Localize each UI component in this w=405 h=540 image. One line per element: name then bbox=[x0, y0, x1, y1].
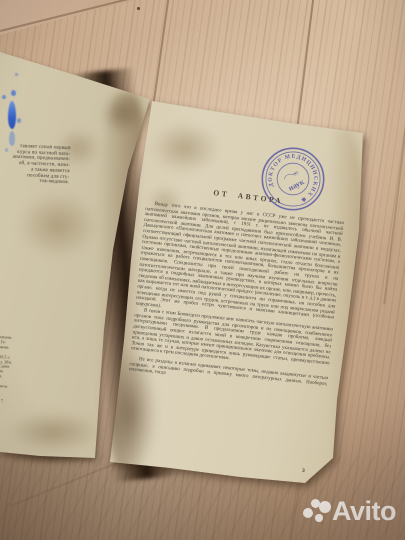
avito-watermark-label: Avito bbox=[332, 496, 396, 527]
avito-logo-circle bbox=[319, 501, 331, 513]
avito-logo-circle bbox=[303, 508, 313, 518]
page-number: 3 bbox=[302, 468, 305, 474]
stamp-center-mark: Ю bbox=[293, 170, 300, 177]
stamp-center-word: наук bbox=[287, 177, 306, 193]
right-page-wrap: ОТ АВТОРА Ввиду того что в последнее вре… bbox=[0, 0, 405, 540]
page-stain bbox=[150, 122, 220, 174]
preface-paragraph: Ввиду того что в последнее время у нас в… bbox=[135, 201, 344, 327]
avito-logo-circle bbox=[315, 514, 323, 522]
preface-body-text: Ввиду того что в последнее время у нас в… bbox=[129, 201, 344, 393]
svg-text:ДОКТОР МЕДИЦИНСКИХ ✱: ДОКТОР МЕДИЦИНСКИХ ✱ bbox=[260, 146, 326, 212]
doctor-stamp-icon: ДОКТОР МЕДИЦИНСКИХ ✱ Атам-Ат наук Ю bbox=[260, 146, 326, 212]
stamp-ring-text: ДОКТОР МЕДИЦИНСКИХ ✱ bbox=[260, 146, 326, 212]
avito-watermark: Avito bbox=[302, 494, 404, 536]
right-page: ОТ АВТОРА Ввиду того что в последнее вре… bbox=[0, 0, 405, 540]
photo-scene: тавляет собой первый курса по частной па… bbox=[0, 0, 405, 540]
